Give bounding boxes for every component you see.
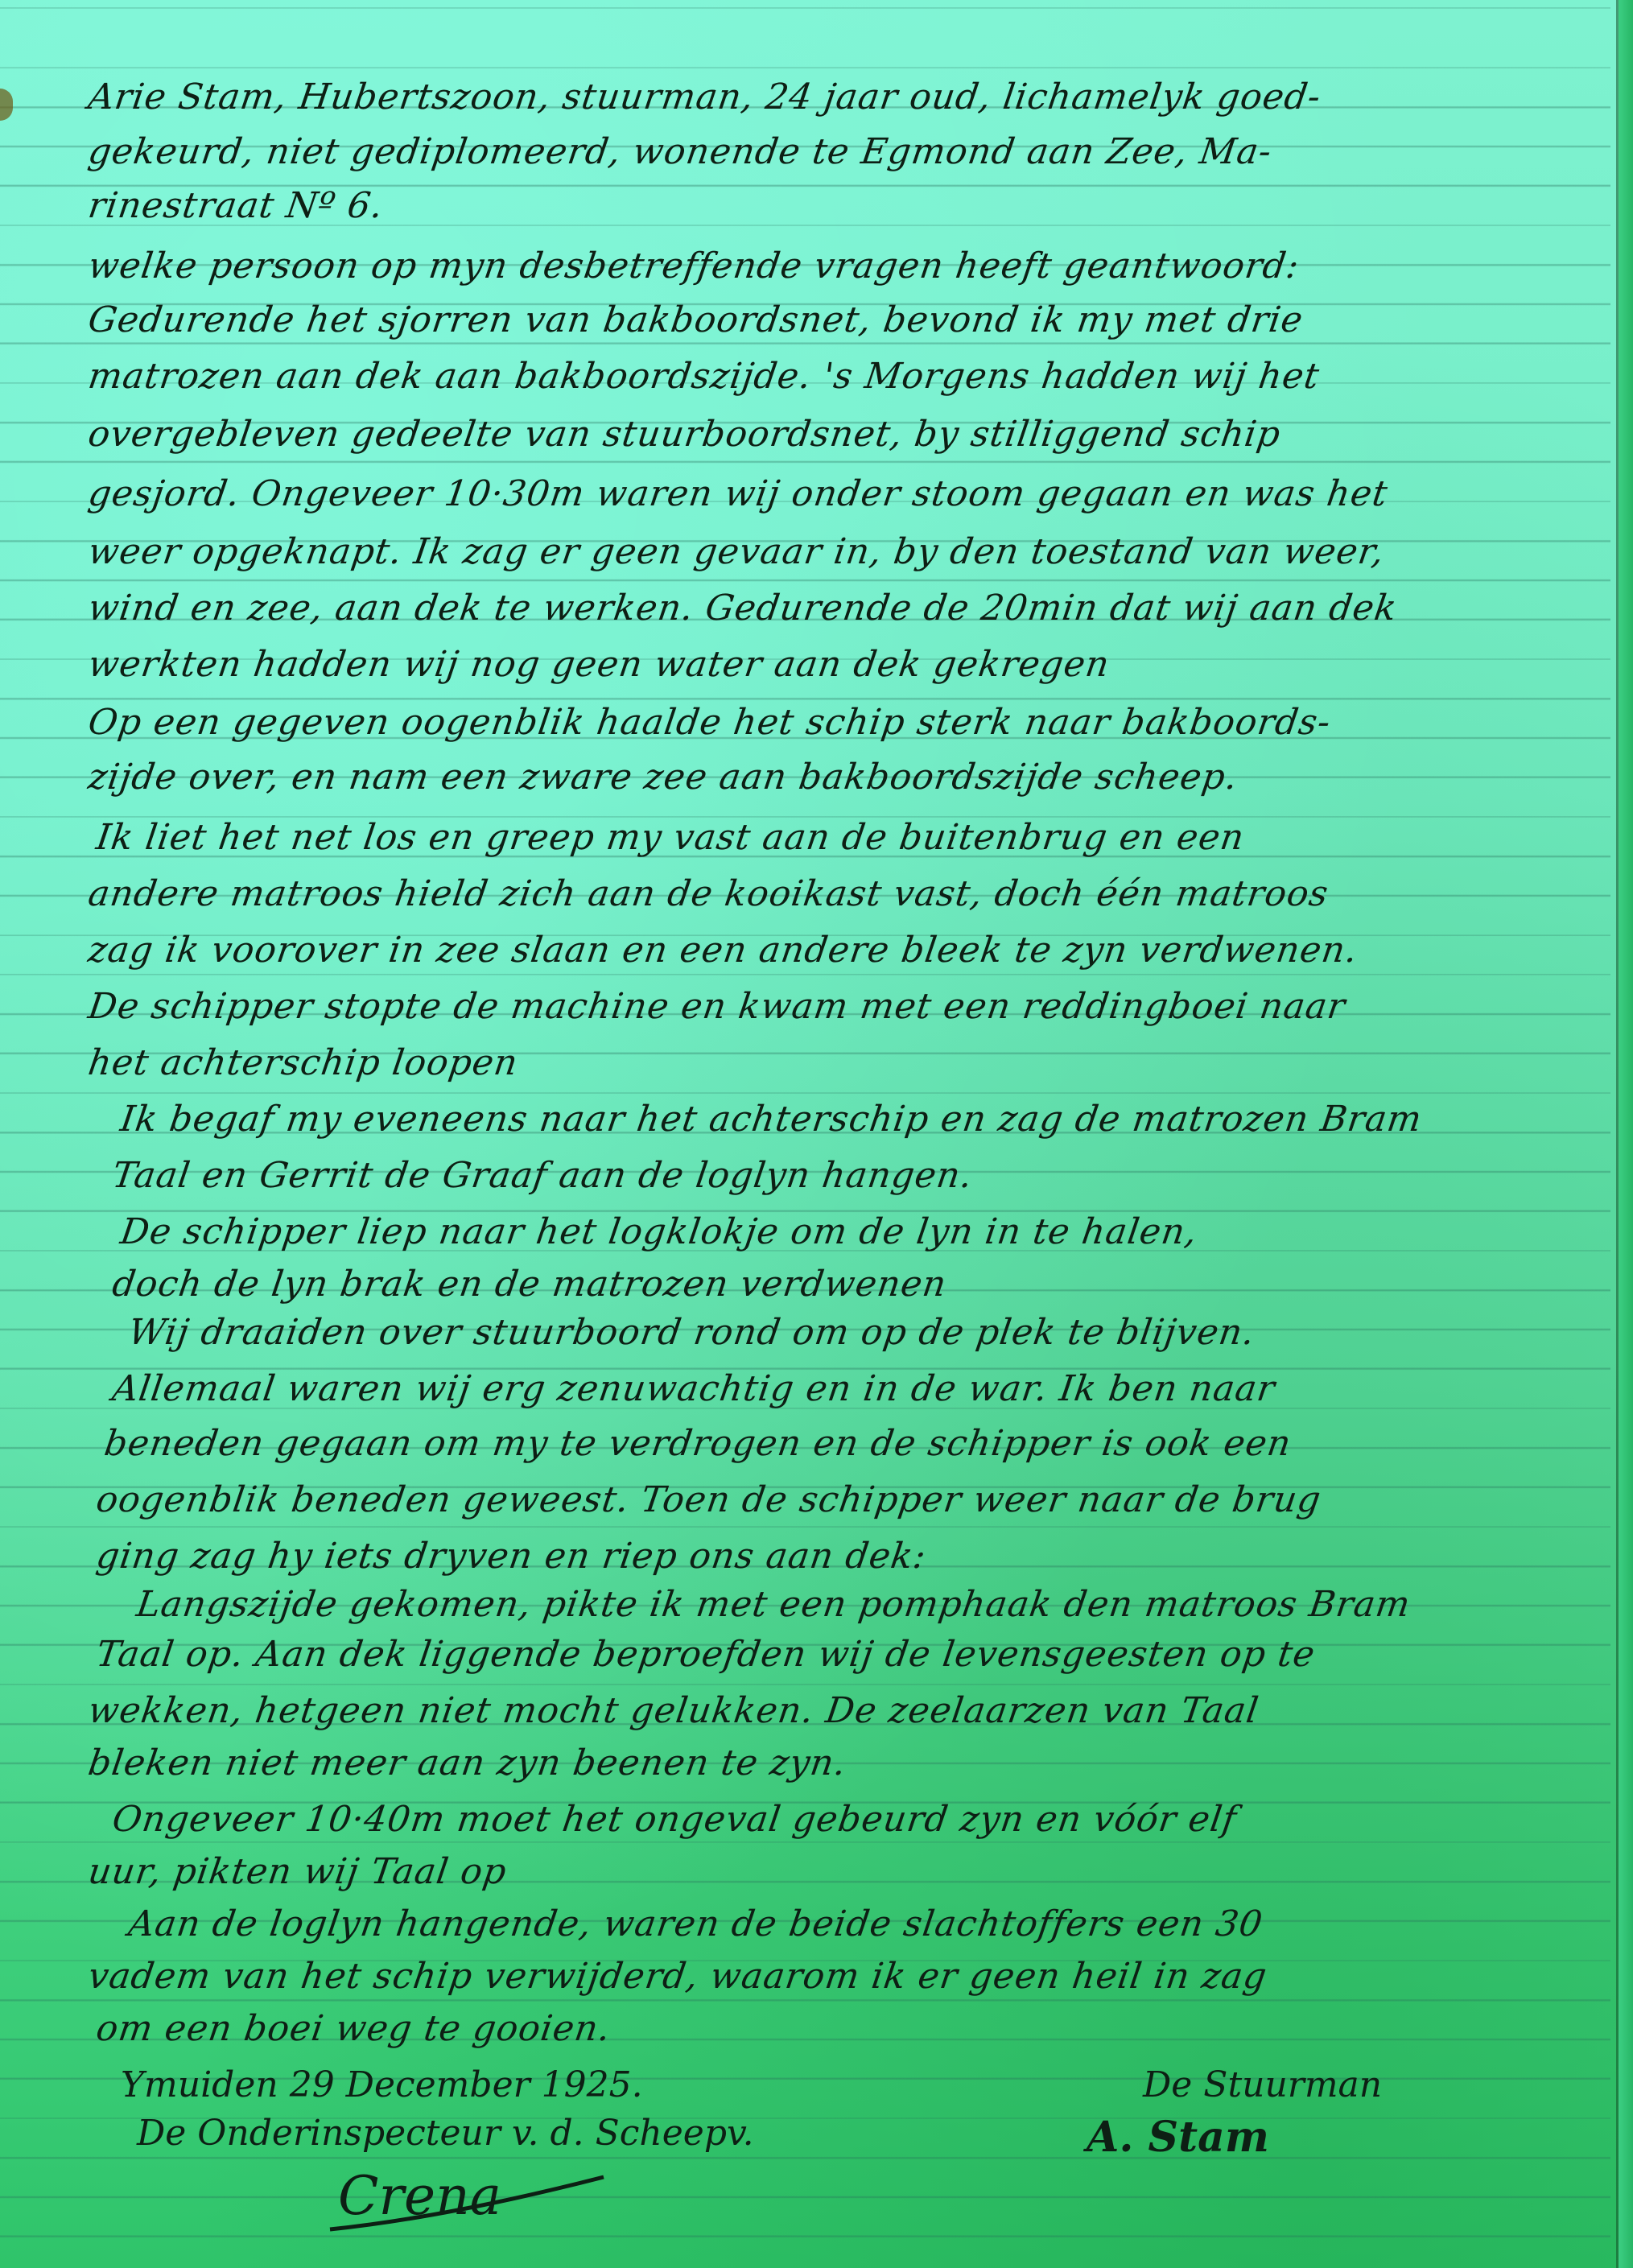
text-line: Taal en Gerrit de Graaf aan de loglyn ha… <box>109 1155 975 1196</box>
text-line: wekken, hetgeen niet mocht gelukken. De … <box>85 1690 1261 1731</box>
signature-stuurman: A. Stam <box>1087 2113 1269 2162</box>
text-line: Arie Stam, Hubertszoon, stuurman, 24 jaa… <box>85 76 1323 118</box>
text-line: gekeurd, niet gediplomeerd, wonende te E… <box>85 131 1274 172</box>
text-line: Gedurende het sjorren van bakboordsnet, … <box>85 299 1305 340</box>
text-line: welke persoon op myn desbetreffende vrag… <box>85 245 1301 287</box>
text-line: wind en zee, aan dek te werken. Gedurend… <box>85 588 1400 629</box>
text-line: Allemaal waren wij erg zenuwachtig en in… <box>109 1368 1277 1409</box>
title-stuurman: De Stuurman <box>1143 2064 1382 2105</box>
text-line: Ongeveer 10·40m moet het ongeval gebeurd… <box>109 1799 1239 1840</box>
text-line: bleken niet meer aan zyn beenen te zyn. <box>85 1742 849 1783</box>
text-line: matrozen aan dek aan bakboordszijde. 's … <box>85 356 1322 397</box>
text-line: uur, pikten wij Taal op <box>85 1851 509 1892</box>
text-line: Wij draaiden over stuurboord rond om op … <box>126 1312 1257 1353</box>
text-line: weer opgeknapt. Ik zag er geen gevaar in… <box>85 531 1387 572</box>
text-line: Ik liet het net los en greep my vast aan… <box>93 817 1247 858</box>
text-line: zijde over, en nam een zware zee aan bak… <box>85 757 1240 798</box>
title-onderinspecteur: De Onderinspecteur v. d. Scheepv. <box>137 2113 754 2154</box>
text-line: overgebleven gedeelte van stuurboordsnet… <box>85 414 1283 455</box>
place-date: Ymuiden 29 December 1925. <box>121 2064 643 2105</box>
text-line: Op een gegeven oogenblik haalde het schi… <box>85 702 1333 743</box>
text-line: Aan de loglyn hangende, waren de beide s… <box>126 1903 1265 1944</box>
text-line: vadem van het schip verwijderd, waarom i… <box>85 1956 1269 1997</box>
page-edge-strip <box>1619 0 1633 2268</box>
text-line: Taal op. Aan dek liggende beproefden wij… <box>93 1634 1318 1675</box>
text-line: rinestraat Nº 6. <box>85 185 386 226</box>
text-line: Ik begaf my eveneens naar het achterschi… <box>118 1099 1425 1140</box>
text-line: Langszijde gekomen, pikte ik met een pom… <box>134 1584 1412 1625</box>
text-line: oogenblik beneden geweest. Toen de schip… <box>93 1479 1323 1520</box>
text-line: De schipper liep naar het logklokje om d… <box>118 1211 1200 1252</box>
text-line: gesjord. Ongeveer 10·30m waren wij onder… <box>85 473 1390 514</box>
text-line: beneden gegaan om my te verdrogen en de … <box>101 1423 1293 1464</box>
text-line: andere matroos hield zich aan de kooikas… <box>85 873 1331 914</box>
text-line: werkten hadden wij nog geen water aan de… <box>85 644 1112 685</box>
text-line: zag ik voorover in zee slaan en een ande… <box>85 930 1360 971</box>
text-line: doch de lyn brak en de matrozen verdwene… <box>109 1264 949 1305</box>
text-line: ging zag hy iets dryven en riep ons aan … <box>93 1536 929 1577</box>
signature-underline <box>326 2173 616 2237</box>
text-line: De schipper stopte de machine en kwam me… <box>85 986 1348 1027</box>
text-line: om een boei weg te gooien. <box>93 2008 613 2049</box>
text-line: het achterschip loopen <box>85 1042 521 1083</box>
